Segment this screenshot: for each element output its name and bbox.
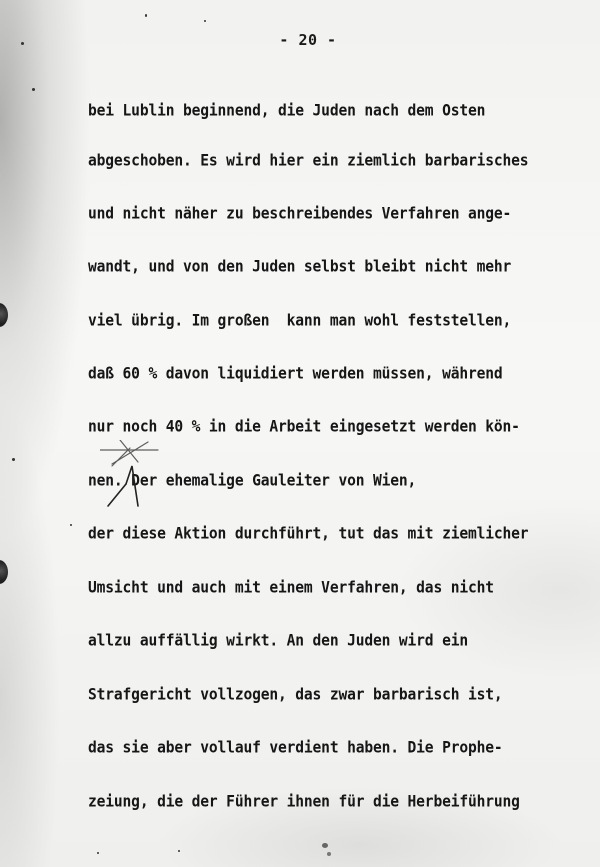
speckle (32, 88, 35, 91)
speckle (12, 458, 15, 461)
text-line: Umsicht und auch mit einem Verfahren, da… (88, 578, 494, 597)
speckle (204, 20, 206, 22)
text-line: Strafgericht vollzogen, das zwar barbari… (88, 685, 503, 704)
document-page: - 20 - bei Lublin beginnend, die Juden n… (0, 0, 600, 867)
text-line: daß 60 % davon liquidiert werden müssen,… (88, 364, 503, 383)
speckle (322, 843, 328, 848)
text-line: nur noch 40 % in die Arbeit eingesetzt w… (88, 417, 520, 436)
speckle (145, 14, 147, 17)
punch-hole-bottom (0, 560, 8, 584)
text-line: wandt, und von den Juden selbst bleibt n… (88, 257, 511, 276)
speckle (70, 524, 72, 526)
page-number: - 20 - (0, 31, 600, 49)
text-line: nen. Der ehemalige Gauleiter von Wien, (88, 471, 416, 490)
speckle (178, 850, 180, 852)
text-line: viel übrig. Im großen kann man wohl fest… (88, 311, 511, 330)
text-line: der diese Aktion durchführt, tut das mit… (88, 524, 528, 543)
text-line: allzu auffällig wirkt. An den Juden wird… (88, 631, 468, 650)
text-line: zeiung, die der Führer ihnen für die Her… (88, 792, 520, 811)
speckle (327, 852, 331, 856)
text-line: das sie aber vollauf verdient haben. Die… (88, 738, 503, 757)
text-line: bei Lublin beginnend, die Juden nach dem… (88, 101, 485, 120)
text-line: und nicht näher zu beschreibendes Verfah… (88, 204, 511, 223)
text-line: abgeschoben. Es wird hier ein ziemlich b… (88, 151, 528, 170)
punch-hole-top (0, 303, 8, 327)
speckle (97, 852, 99, 854)
